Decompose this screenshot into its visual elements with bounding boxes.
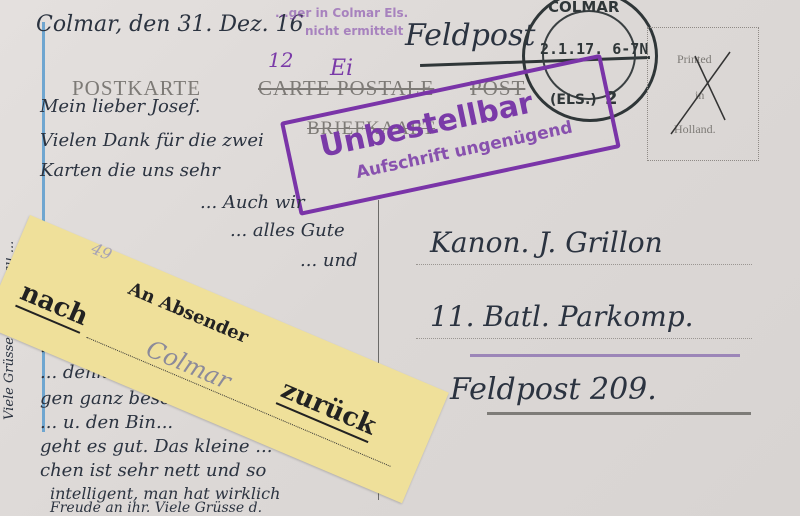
label-zurueck: zurück (276, 375, 381, 444)
message-line: ... Auch wir (200, 192, 305, 213)
purple-crayon-line (470, 354, 740, 357)
message-line: geht es gut. Das kleine ... (40, 436, 272, 457)
label-faint-mark: 49 (89, 239, 115, 264)
label-pencil-note: Colmar (142, 335, 235, 396)
message-line: ... und (300, 250, 358, 271)
message-line: Freude an ihr. Viele Grüsse d. (50, 500, 262, 516)
cross-mark-icon (665, 48, 735, 138)
address-line: Feldpost 209. (450, 372, 657, 407)
place-date: Colmar, den 31. Dez. 16 (36, 12, 304, 37)
address-rule (416, 264, 752, 265)
note-12: 12 (268, 48, 293, 72)
label-an-absender: An Absender (125, 278, 251, 347)
postcard: Colmar, den 31. Dez. 16 Feldpost 12 Ei .… (0, 0, 800, 516)
message-line: Mein lieber Josef. (40, 96, 201, 117)
address-rule-bold (487, 412, 751, 415)
message-line: Karten die uns sehr (40, 160, 220, 181)
postmark-town: COLMAR (548, 0, 619, 16)
message-line: ... alles Gute (230, 220, 345, 241)
address-line: 11. Batl. Parkomp. (430, 300, 694, 333)
message-line: ... u. den Bin... (40, 412, 173, 433)
label-nach: nach (15, 277, 92, 334)
message-line: Vielen Dank für die zwei (40, 130, 264, 151)
message-line: chen ist sehr nett und so (40, 460, 266, 481)
address-line: Kanon. J. Grillon (430, 226, 663, 259)
address-rule (416, 338, 752, 339)
top-stamp-line1: ...ger in Colmar Els. (275, 6, 408, 20)
feldpost-heading: Feldpost (405, 18, 535, 53)
top-stamp-line2: nicht ermittelt (305, 24, 403, 38)
